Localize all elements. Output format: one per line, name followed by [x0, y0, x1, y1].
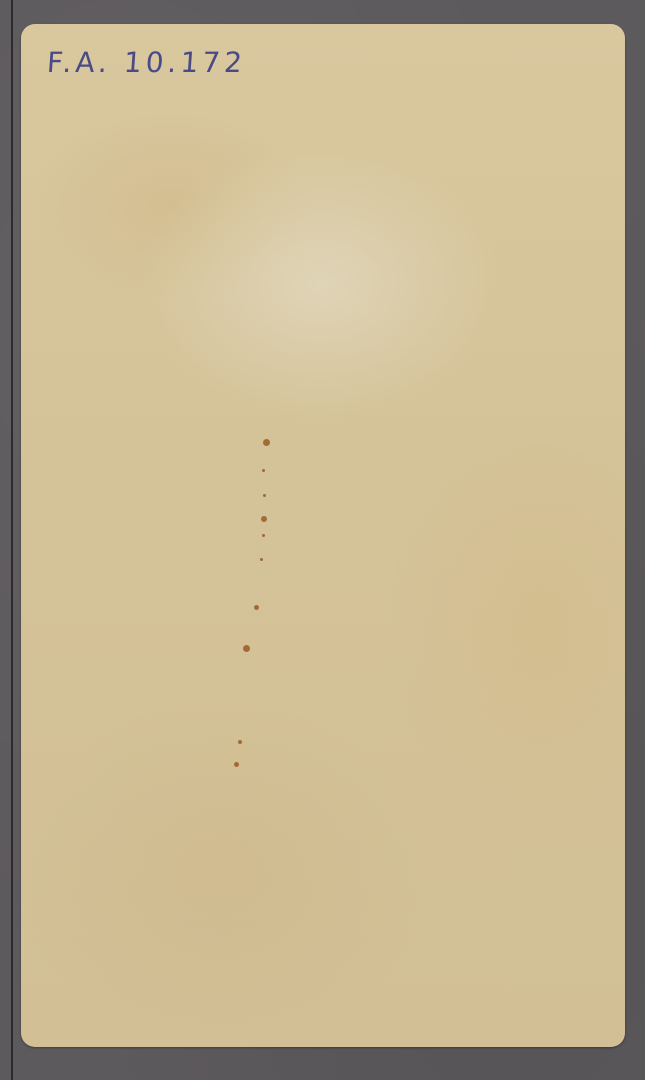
rust-stain — [234, 762, 239, 767]
rust-stain — [262, 534, 265, 537]
rust-stain — [260, 558, 263, 561]
rust-stain — [243, 645, 250, 652]
mount-edge-line — [11, 0, 13, 1080]
rust-stain — [262, 469, 265, 472]
rust-stain — [261, 516, 267, 522]
card-back: F.A. 10.172 — [21, 24, 625, 1047]
rust-stain — [254, 605, 259, 610]
rust-stain — [263, 439, 270, 446]
handwritten-catalog-number: F.A. 10.172 — [46, 46, 247, 79]
rust-stain — [263, 494, 266, 497]
rust-stain — [238, 740, 242, 744]
